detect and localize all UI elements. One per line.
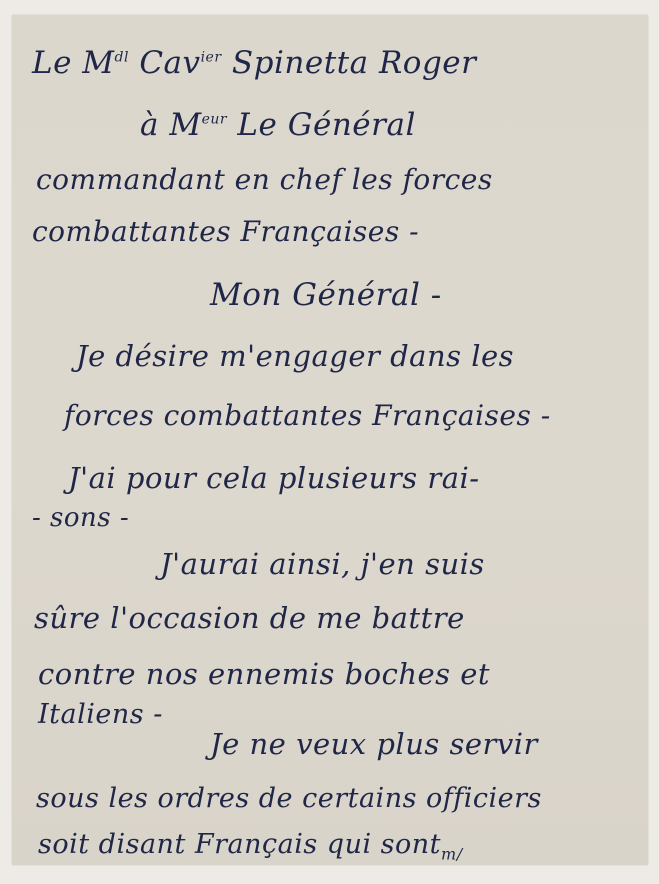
last-line-text: soit disant Français qui sont: [38, 829, 441, 860]
letter-line: - sons -: [32, 503, 129, 533]
letter-line: J'aurai ainsi, j'en suis: [160, 547, 485, 581]
letter-line-recipient: à Meur Le Général: [140, 107, 416, 143]
letter-line: commandant en chef les forces: [36, 163, 493, 196]
sender-text-c: Spinetta Roger: [222, 45, 477, 81]
letter-line-sender: Le Mdl Cavier Spinetta Roger: [32, 45, 476, 81]
recipient-text-a: à M: [140, 107, 202, 143]
letter-line-last: soit disant Français qui sontm/: [38, 829, 463, 863]
letter-line: sous les ordres de certains officiers: [36, 783, 542, 814]
sender-sup-1: dl: [115, 50, 129, 66]
letter-line: forces combattantes Françaises -: [64, 399, 551, 432]
sender-text-a: Le M: [32, 45, 115, 81]
letter-page: Le Mdl Cavier Spinetta Roger à Meur Le G…: [12, 15, 648, 865]
continuation-mark: m/: [441, 844, 463, 863]
letter-line: Je désire m'engager dans les: [76, 339, 514, 373]
recipient-sup: eur: [202, 112, 228, 128]
letter-line: contre nos ennemis boches et: [38, 657, 490, 691]
sender-text-b: Cav: [129, 45, 201, 81]
letter-line: sûre l'occasion de me battre: [34, 601, 465, 635]
letter-line: combattantes Françaises -: [32, 215, 419, 248]
letter-line: Italiens -: [38, 699, 163, 730]
recipient-text-b: Le Général: [227, 107, 416, 143]
sender-sup-2: ier: [201, 50, 222, 66]
letter-line: J'ai pour cela plusieurs rai-: [68, 461, 480, 495]
letter-line: Je ne veux plus servir: [210, 727, 538, 761]
letter-salutation: Mon Général -: [210, 277, 442, 313]
